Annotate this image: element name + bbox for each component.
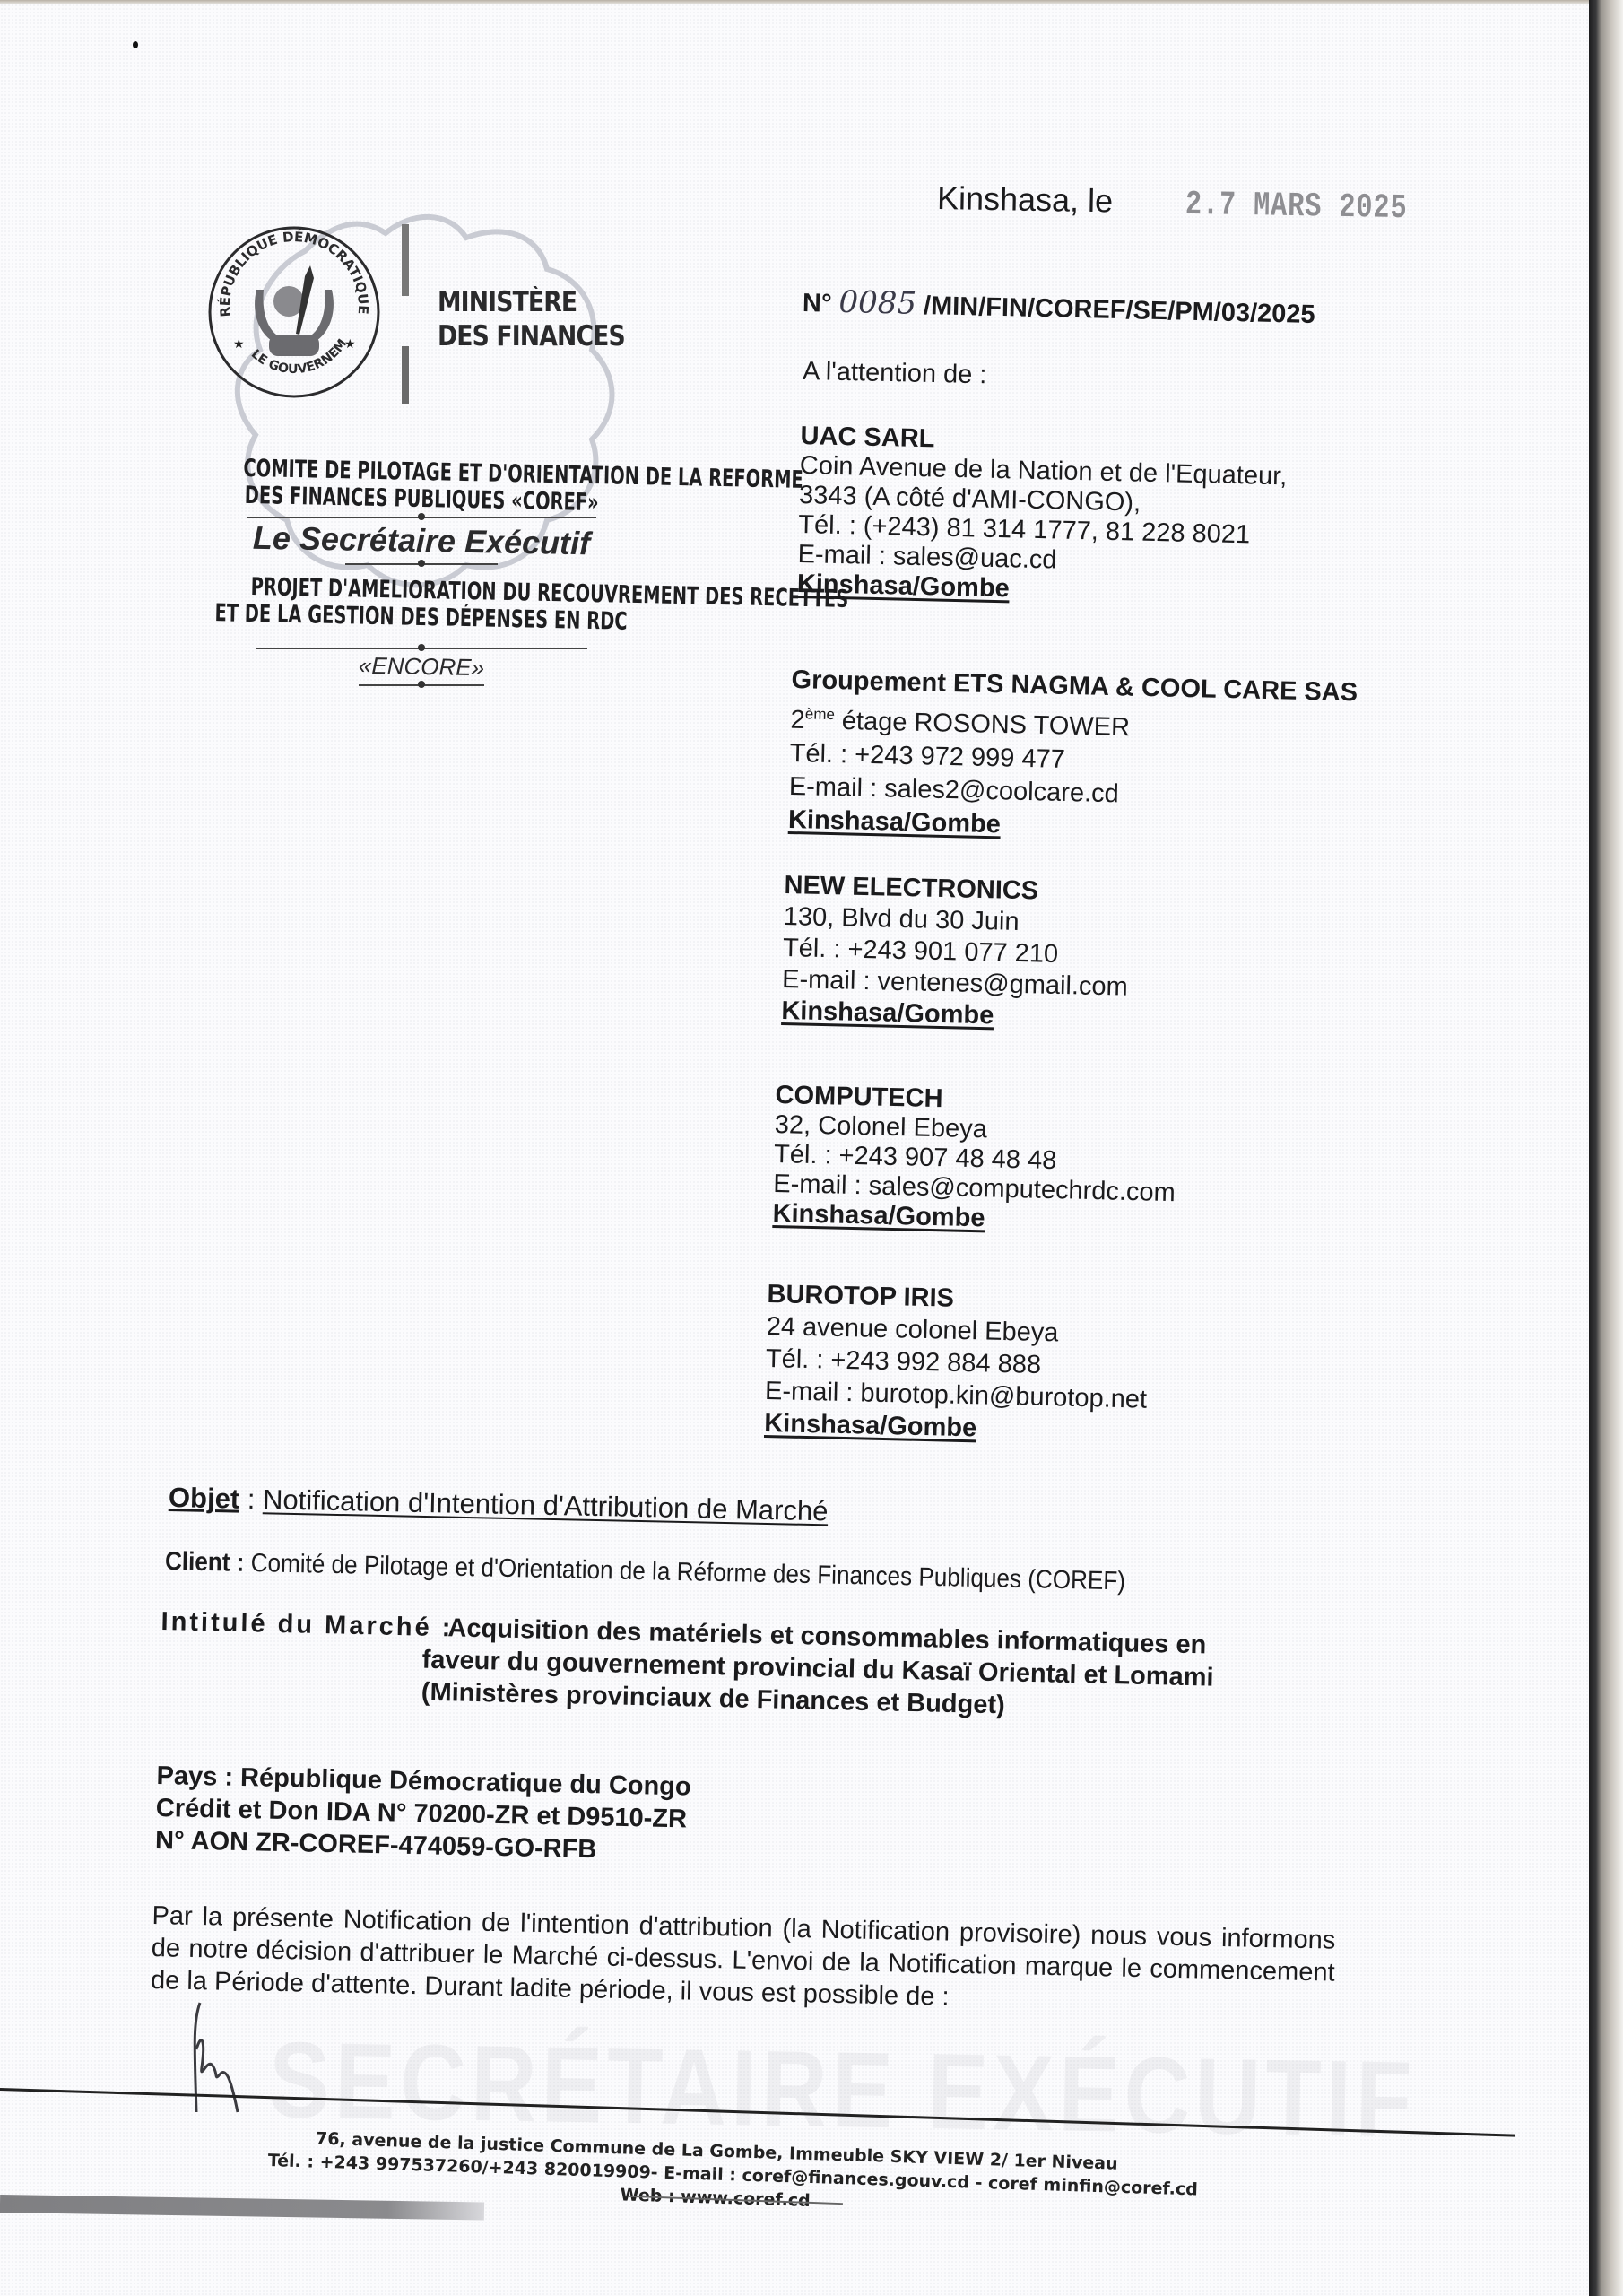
scan-edge-shadow xyxy=(1589,0,1623,2296)
place-label: Kinshasa, le xyxy=(937,179,1114,219)
drc-coat-of-arms-seal: RÉPUBLIQUE DÉMOCRATIQUE DU CONGO LE GOUV… xyxy=(204,222,384,402)
reference-number: N°0085/MIN/FIN/COREF/SE/PM/03/2025 xyxy=(803,283,1316,331)
client-line: Client : Comité de Pilotage et d'Orienta… xyxy=(165,1547,1126,1596)
recipient-block: UAC SARL Coin Avenue de la Nation et de … xyxy=(797,422,1289,610)
ministry-title: MINISTÈRE DES FINANCES xyxy=(438,285,625,353)
svg-text:★: ★ xyxy=(233,336,245,351)
letterhead-separator xyxy=(256,648,587,649)
body-paragraph: Par la présente Notification de l'intent… xyxy=(151,1900,1336,2022)
scan-top-edge xyxy=(0,0,1598,4)
recipient-block: BUROTOP IRIS 24 avenue colonel Ebeya Tél… xyxy=(764,1278,1150,1448)
office-title: Le Secrétaire Exécutif xyxy=(135,517,709,564)
recipient-block: NEW ELECTRONICS 130, Blvd du 30 Juin Tél… xyxy=(781,870,1130,1035)
letterhead-block: COMITE DE PILOTAGE ET D'ORIENTATION DE L… xyxy=(135,459,708,690)
subject-line: Objet : Notification d'Intention d'Attri… xyxy=(169,1482,829,1527)
handwritten-number: 0085 xyxy=(838,284,916,322)
letterhead-separator xyxy=(359,684,484,686)
contract-title: Intitulé du Marché :Acquisition des maté… xyxy=(160,1605,1363,1729)
tender-info: Pays : République Démocratique du Congo … xyxy=(155,1760,691,1867)
attention-label: A l'attention de : xyxy=(803,357,987,390)
date-stamp: 2.7 MARS 2025 xyxy=(1185,186,1408,228)
svg-text:★: ★ xyxy=(344,336,356,351)
date-line: Kinshasa, le 2.7 MARS 2025 xyxy=(937,179,1436,229)
recipient-block: COMPUTECH 32, Colonel Ebeya Tél. : +243 … xyxy=(772,1081,1177,1238)
letterhead-separator xyxy=(345,563,498,565)
committee-line-2: DES FINANCES PUBLIQUES «COREF» xyxy=(244,483,598,517)
recipient-block: Groupement ETS NAGMA & COOL CARE SAS 2èm… xyxy=(788,664,1358,849)
scan-speck xyxy=(133,41,138,48)
handwritten-signature xyxy=(175,1996,256,2121)
scanned-letter-page: RÉPUBLIQUE DÉMOCRATIQUE DU CONGO LE GOUV… xyxy=(0,0,1598,2296)
header-divider-bar xyxy=(402,224,409,404)
letterhead-separator xyxy=(247,517,596,518)
